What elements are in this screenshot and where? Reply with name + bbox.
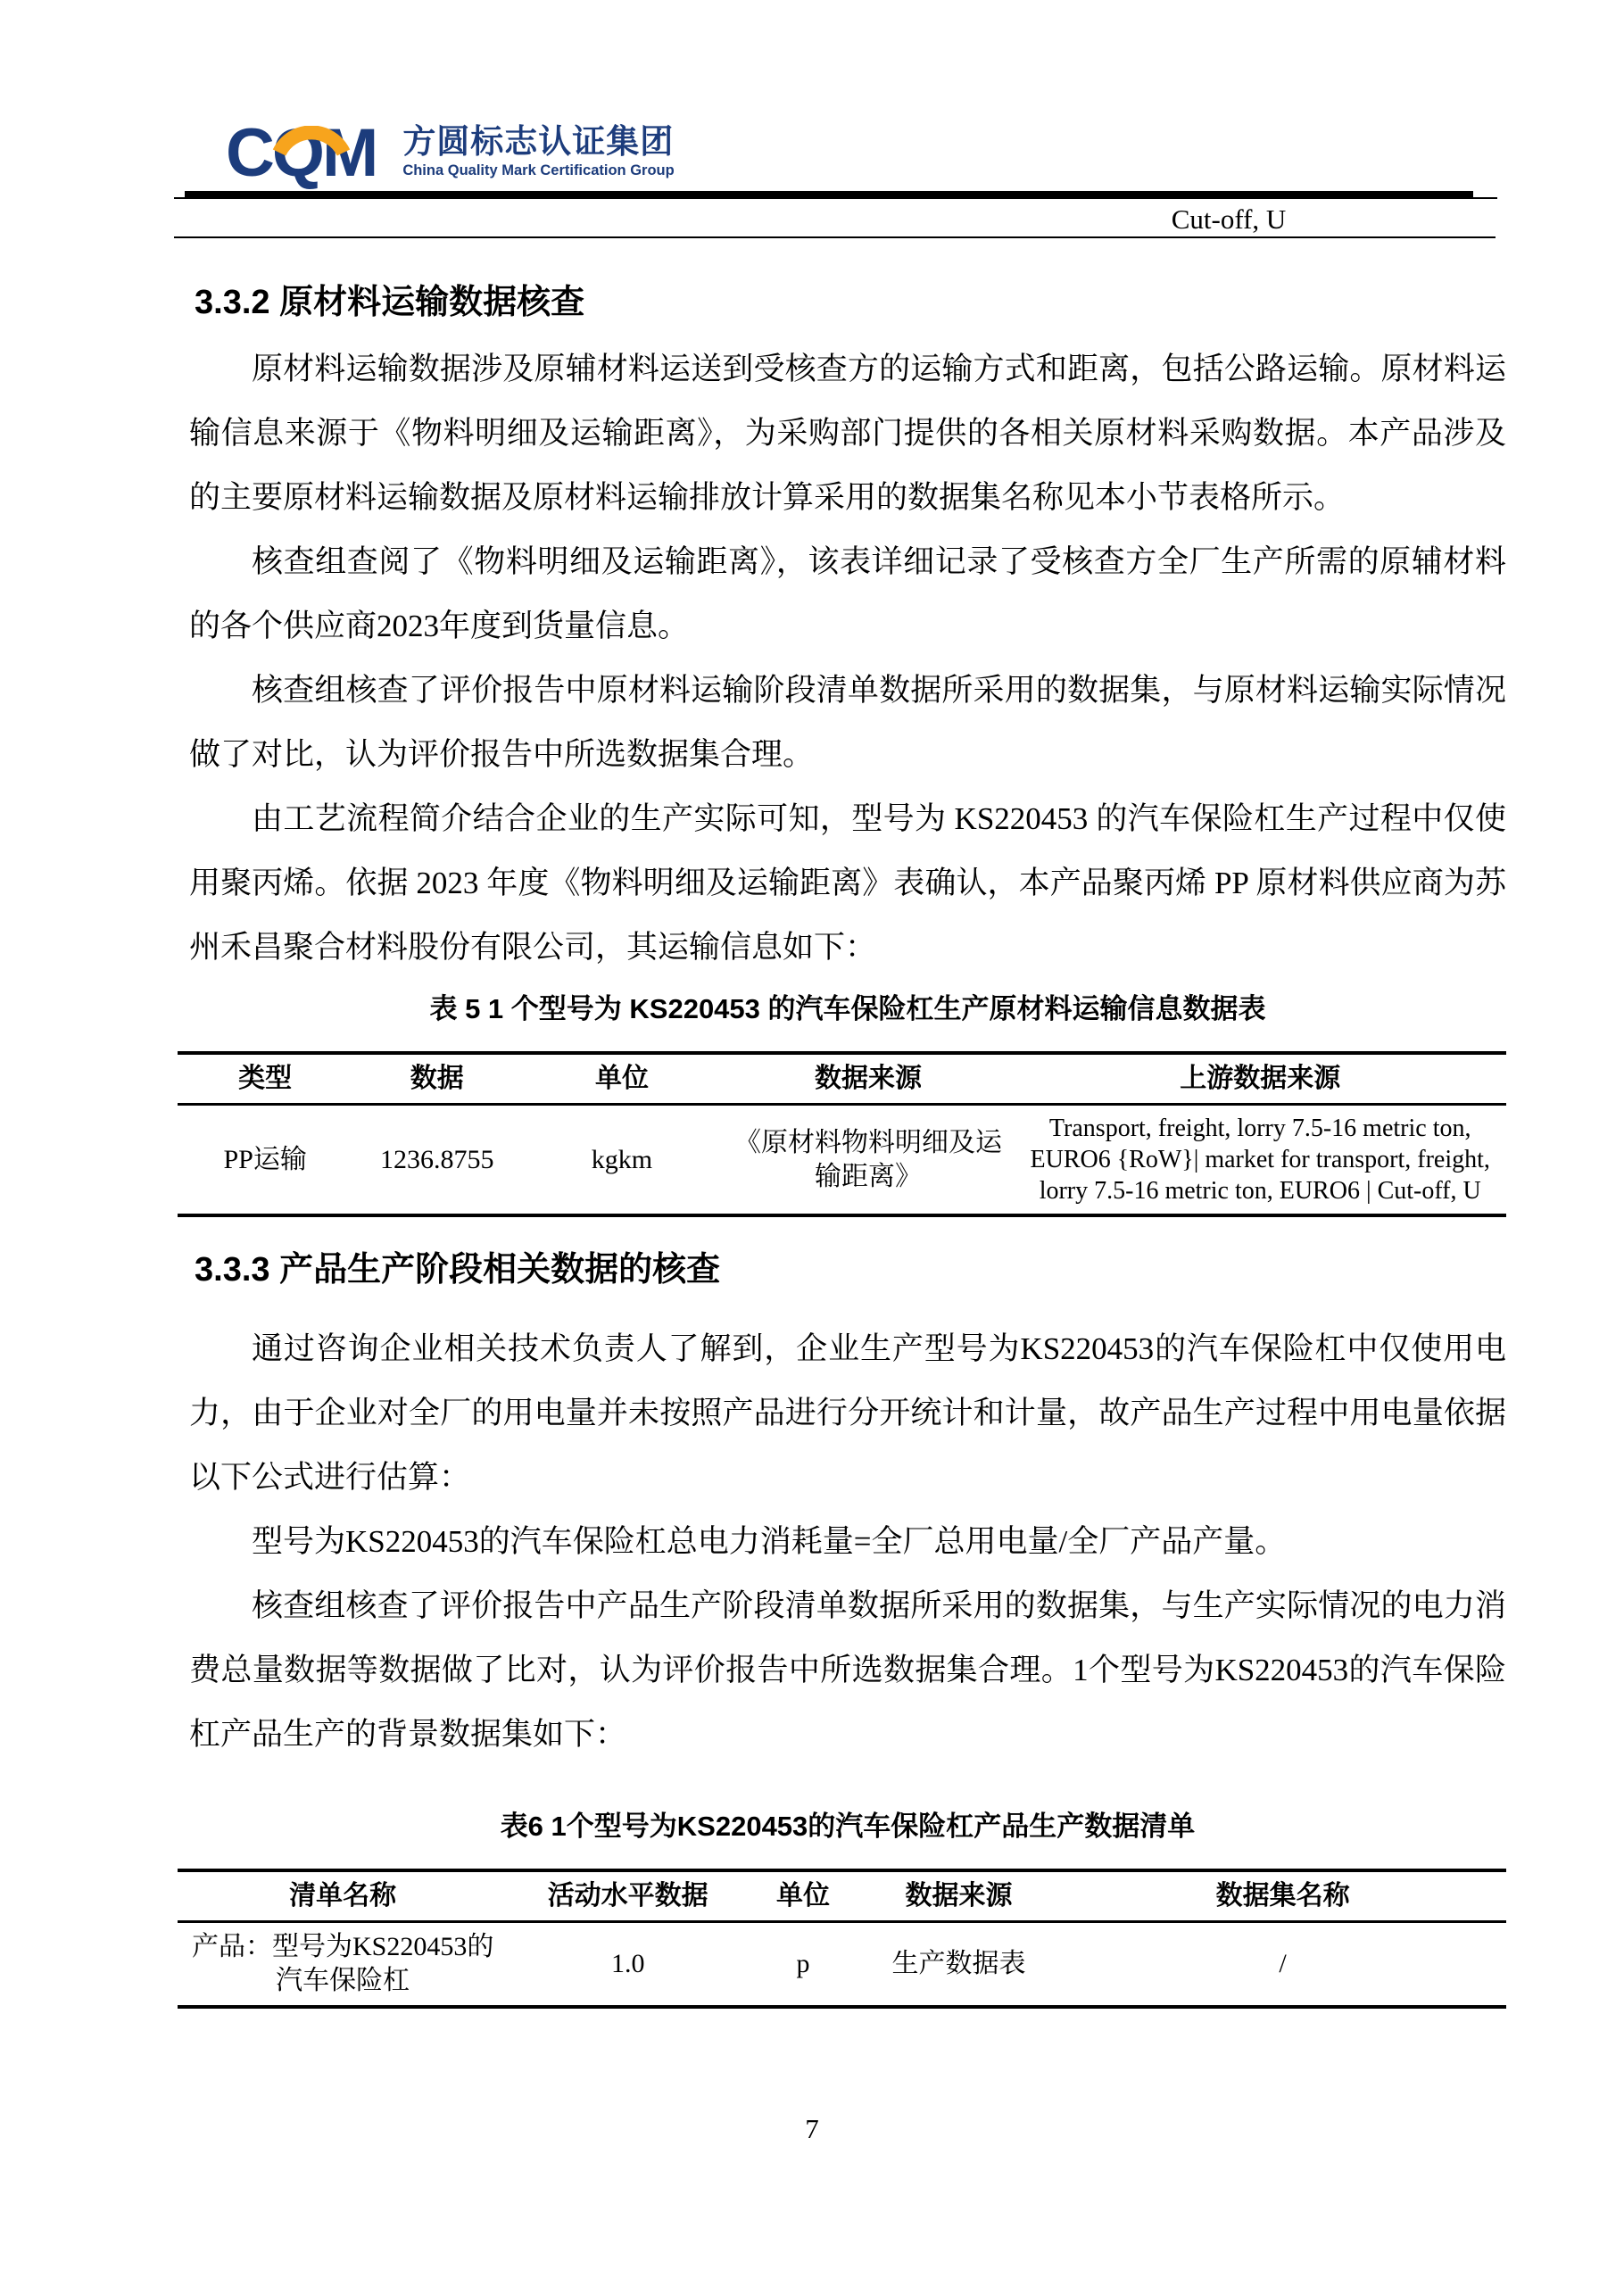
table6-header-unit: 单位 (748, 1870, 858, 1922)
table5-cell-source: 《原材料物料明细及运输距离》 (723, 1105, 1015, 1216)
table6-cell-activity-level: 1.0 (508, 1922, 748, 2008)
table5-cell-unit: kgkm (521, 1105, 722, 1216)
section-heading-332: 3.3.2 原材料运输数据核查 (195, 282, 1506, 323)
paragraph: 核查组查阅了《物料明细及运输距离》，该表详细记录了受核查方全厂生产所需的原辅材料… (189, 530, 1506, 659)
paragraph: 由工艺流程简介结合企业的生产实际可知，型号为 KS220453 的汽车保险杠生产… (189, 787, 1506, 980)
table5-material-transport: 类型 数据 单位 数据来源 上游数据来源 PP运输 1236.8755 kgkm… (178, 1051, 1506, 1217)
paragraph: 核查组核查了评价报告中产品生产阶段清单数据所采用的数据集，与生产实际情况的电力消… (189, 1574, 1506, 1767)
paragraph: 通过咨询企业相关技术负责人了解到，企业生产型号为KS220453的汽车保险杠中仅… (189, 1317, 1506, 1510)
cqm-logo: CQM 方圆标志认证集团 China Quality Mark Certific… (226, 109, 675, 186)
table5-caption: 表 5 1 个型号为 KS220453 的汽车保险杠生产原材料运输信息数据表 (189, 989, 1506, 1030)
table5-cell-upstream: Transport, freight, lorry 7.5-16 metric … (1014, 1105, 1506, 1216)
paragraph: 型号为KS220453的汽车保险杠总电力消耗量=全厂总用电量/全厂产品产量。 (189, 1510, 1506, 1574)
table6-header-activity-level: 活动水平数据 (508, 1870, 748, 1922)
table6-cell-source: 生产数据表 (858, 1922, 1059, 2008)
table6-row: 产品：型号为KS220453的汽车保险杠 1.0 p 生产数据表 / (178, 1922, 1506, 2008)
header-rule-thin-bottom (174, 236, 1496, 238)
table6-header-row: 清单名称 活动水平数据 单位 数据来源 数据集名称 (178, 1870, 1506, 1922)
cqm-logo-name-cn: 方圆标志认证集团 (402, 123, 674, 161)
paragraph: 原材料运输数据涉及原辅材料运送到受核查方的运输方式和距离，包括公路运输。原材料运… (189, 337, 1506, 530)
table5-header-type: 类型 (178, 1053, 352, 1105)
table5-row: PP运输 1236.8755 kgkm 《原材料物料明细及运输距离》 Trans… (178, 1105, 1506, 1216)
logo-arc-icon (272, 102, 351, 166)
table5-cell-type: PP运输 (178, 1105, 352, 1216)
paragraph: 核查组核查了评价报告中原材料运输阶段清单数据所采用的数据集，与原材料运输实际情况… (189, 659, 1506, 787)
table6-caption: 表6 1个型号为KS220453的汽车保险杠产品生产数据清单 (189, 1806, 1506, 1847)
cqm-logo-name-en: China Quality Mark Certification Group (402, 161, 674, 180)
page-body: 3.3.2 原材料运输数据核查 原材料运输数据涉及原辅材料运送到受核查方的运输方… (189, 282, 1506, 2009)
table6-production-data: 清单名称 活动水平数据 单位 数据来源 数据集名称 产品：型号为KS220453… (178, 1869, 1506, 2009)
table5-header-row: 类型 数据 单位 数据来源 上游数据来源 (178, 1053, 1506, 1105)
table6-header-list-name: 清单名称 (178, 1870, 508, 1922)
table5-header-source: 数据来源 (723, 1053, 1015, 1105)
table6-cell-unit: p (748, 1922, 858, 2008)
table5-header-unit: 单位 (521, 1053, 722, 1105)
table5-header-data: 数据 (352, 1053, 521, 1105)
table-carryover-text: Cut-off, U (1023, 203, 1434, 236)
cqm-logo-acronym: CQM (226, 109, 376, 186)
table5-cell-data: 1236.8755 (352, 1105, 521, 1216)
cqm-logo-names: 方圆标志认证集团 China Quality Mark Certificatio… (402, 109, 674, 180)
section-heading-333: 3.3.3 产品生产阶段相关数据的核查 (195, 1249, 1506, 1290)
document-page: CQM 方圆标志认证集团 China Quality Mark Certific… (0, 0, 1624, 2296)
header-rule-thick (185, 191, 1473, 199)
table6-cell-dataset-name: / (1059, 1922, 1506, 2008)
table6-header-source: 数据来源 (858, 1870, 1059, 1922)
table6-cell-list-name: 产品：型号为KS220453的汽车保险杠 (178, 1922, 508, 2008)
table6-header-dataset-name: 数据集名称 (1059, 1870, 1506, 1922)
page-number: 7 (0, 2113, 1624, 2145)
table5-header-upstream: 上游数据来源 (1014, 1053, 1506, 1105)
